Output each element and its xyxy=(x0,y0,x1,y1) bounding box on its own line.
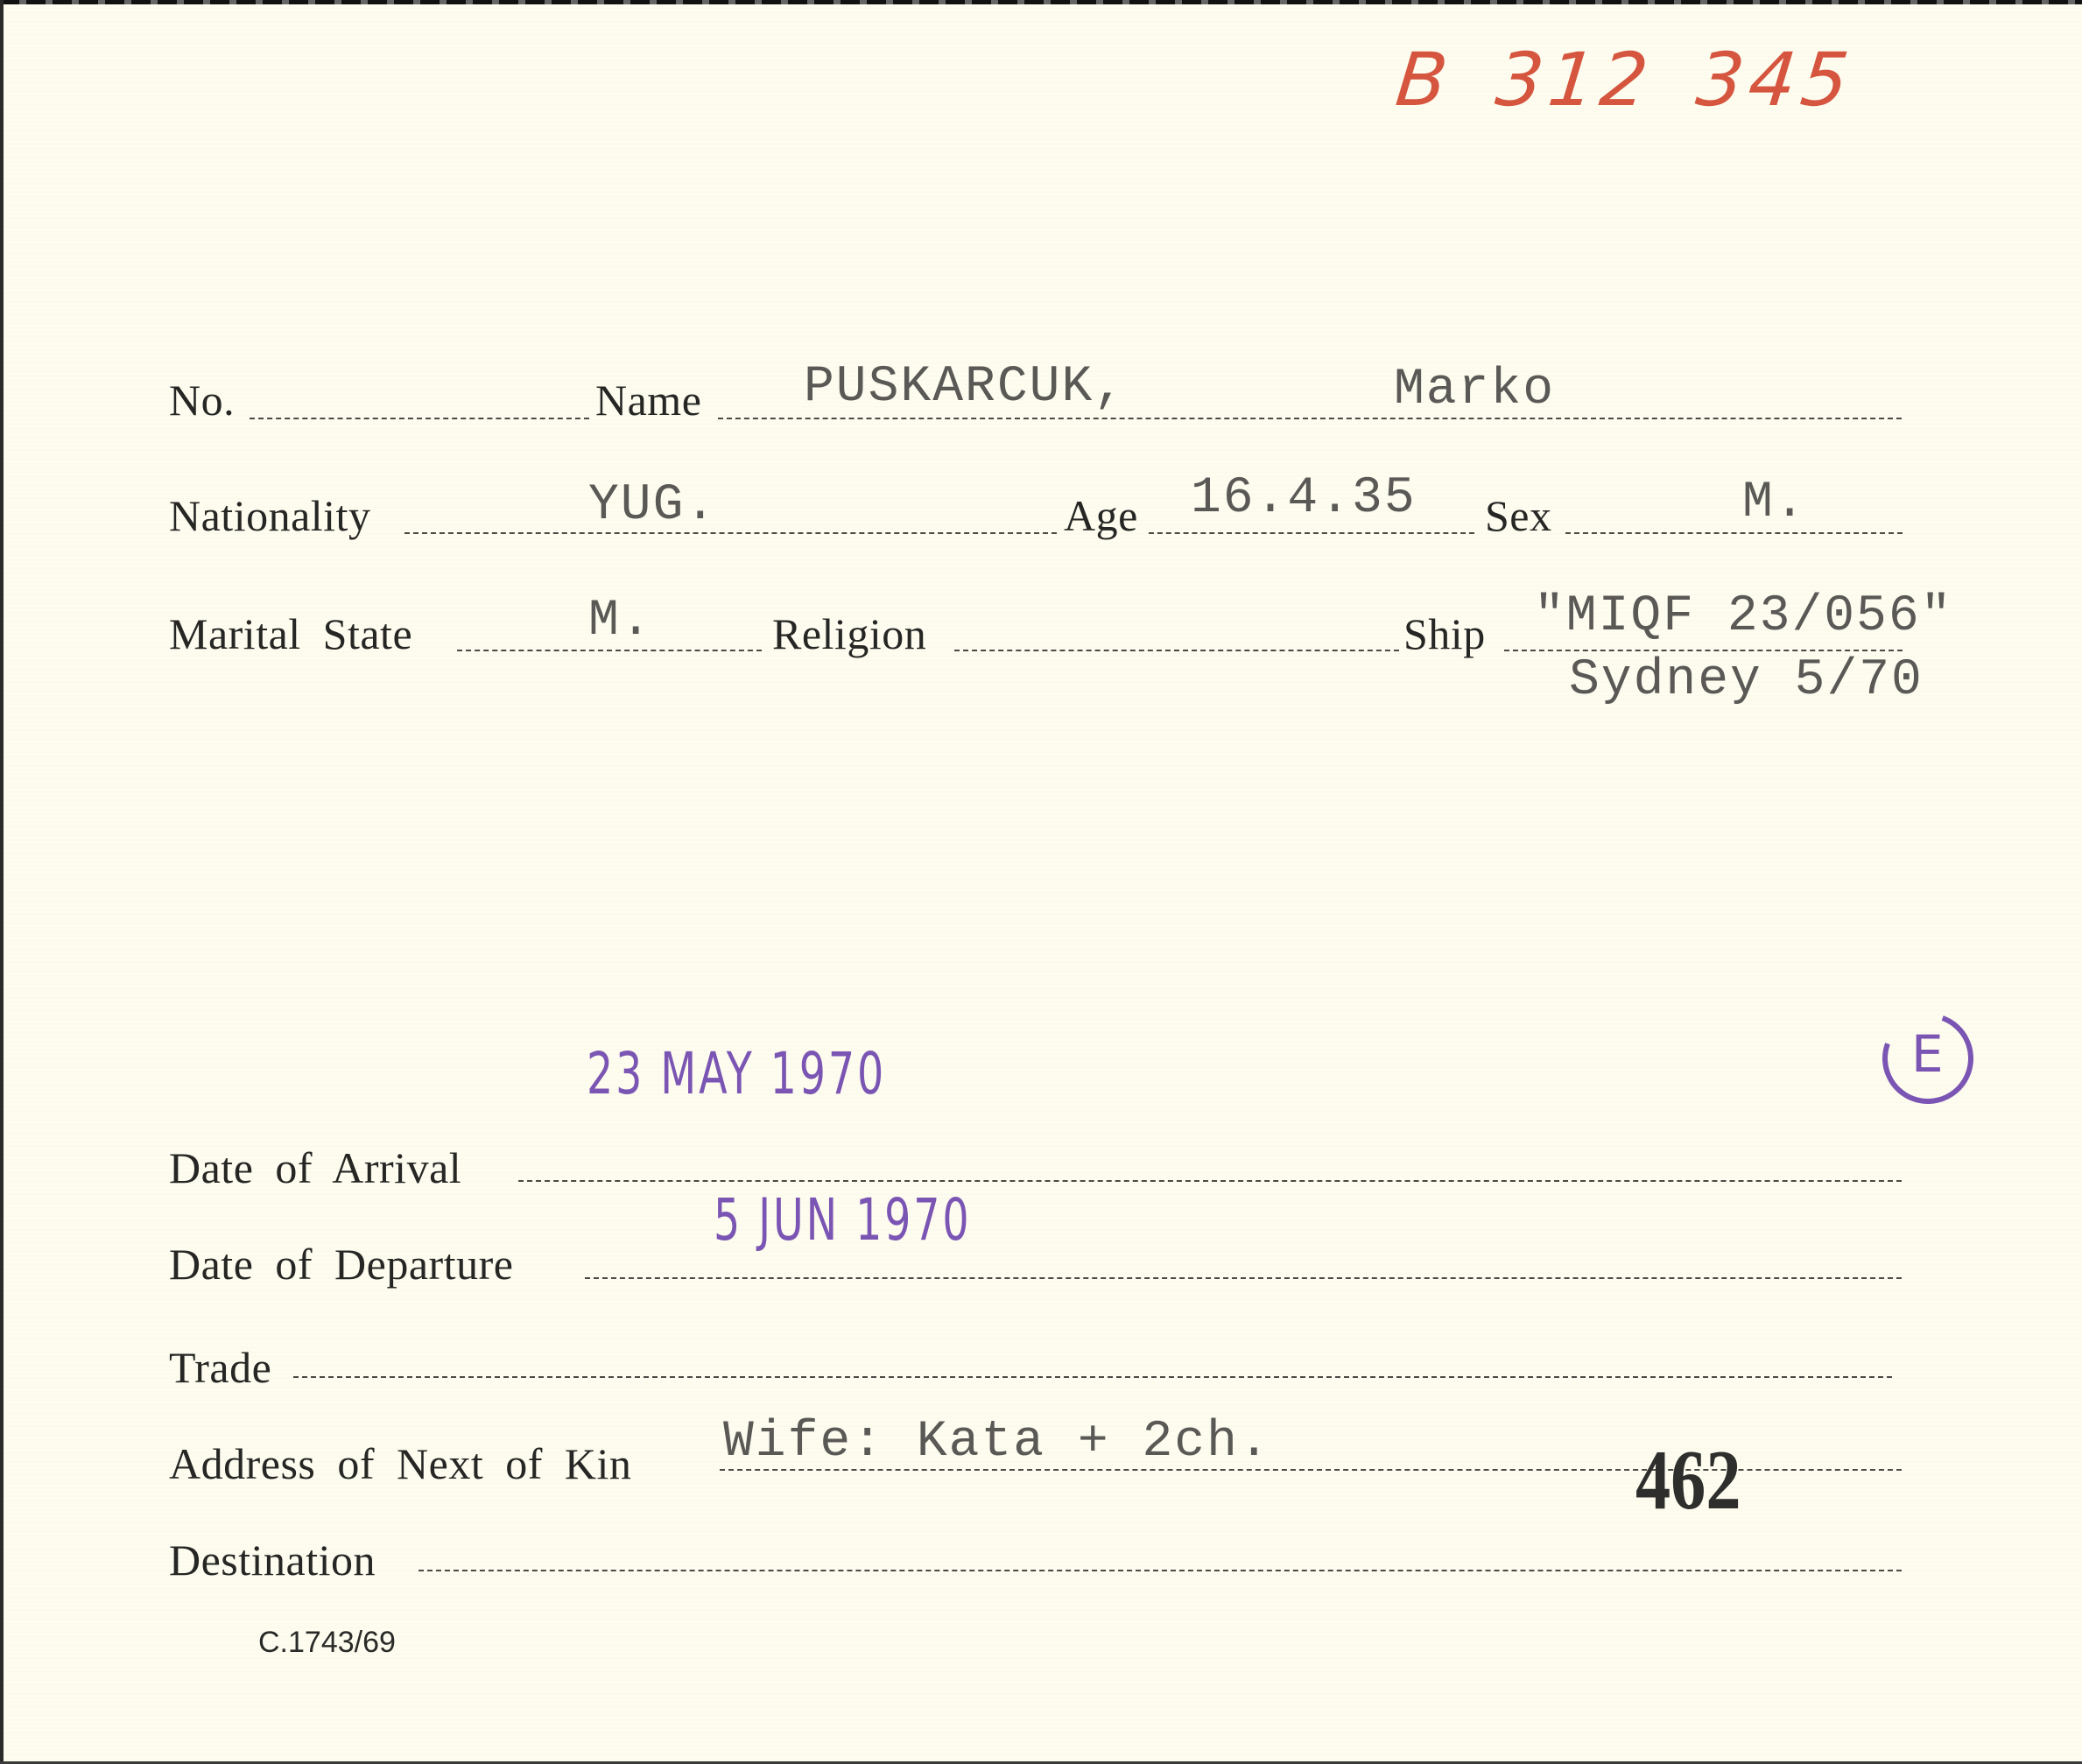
departure-date-stamp: 5 JUN 1970 xyxy=(714,1186,972,1254)
sex-field-line xyxy=(1565,532,1903,534)
ship-value-line2: Sydney 5/70 xyxy=(1569,652,1924,709)
label-name: Name xyxy=(595,375,701,425)
date-of-arrival-field-line xyxy=(518,1180,1902,1182)
given-name-value: Marko xyxy=(1394,362,1555,418)
surname-value: PUSKARCUK, xyxy=(804,359,1126,416)
form-code: C.1743/69 xyxy=(258,1626,396,1660)
sex-value: M. xyxy=(1742,474,1807,531)
label-destination: Destination xyxy=(169,1535,376,1585)
age-field-line xyxy=(1149,532,1474,534)
trade-field-line xyxy=(293,1376,1892,1378)
address-next-of-kin-value: Wife: Kata + 2ch. xyxy=(723,1414,1271,1471)
nationality-field-line xyxy=(404,532,1057,534)
ship-field-line xyxy=(1504,650,1903,651)
card-top-edge xyxy=(0,0,2082,4)
name-field-line xyxy=(718,418,1902,419)
label-trade: Trade xyxy=(169,1342,271,1393)
label-date-of-arrival: Date of Arrival xyxy=(169,1142,461,1193)
label-age: Age xyxy=(1064,490,1138,541)
age-value: 16.4.35 xyxy=(1191,470,1417,527)
e-stamp-letter: E xyxy=(1911,1024,1944,1084)
sequence-number: 462 xyxy=(1635,1431,1741,1529)
label-date-of-departure: Date of Departure xyxy=(169,1239,513,1290)
reference-number: B 312 345 xyxy=(1392,37,1858,123)
arrival-date-stamp: 23 MAY 1970 xyxy=(587,1040,886,1107)
ship-value-line1: "MIQF 23/056" xyxy=(1534,588,1952,645)
destination-field-line xyxy=(419,1570,1902,1571)
nationality-value: YUG. xyxy=(588,477,717,534)
marital-state-field-line xyxy=(457,650,762,651)
label-religion: Religion xyxy=(772,608,926,659)
date-of-departure-field-line xyxy=(585,1277,1902,1279)
card-left-edge xyxy=(0,0,4,1764)
religion-field-line xyxy=(954,650,1399,651)
marital-state-value: M. xyxy=(588,593,653,650)
label-marital-state: Marital State xyxy=(169,608,412,659)
label-no: No. xyxy=(169,375,235,425)
label-address-next-of-kin: Address of Next of Kin xyxy=(169,1438,631,1489)
no-field-line xyxy=(250,418,589,419)
label-nationality: Nationality xyxy=(169,490,370,541)
label-ship: Ship xyxy=(1403,608,1486,659)
label-sex: Sex xyxy=(1485,490,1552,541)
registration-card: B 312 345 No. Name PUSKARCUK, Marko Nati… xyxy=(0,0,2082,1764)
